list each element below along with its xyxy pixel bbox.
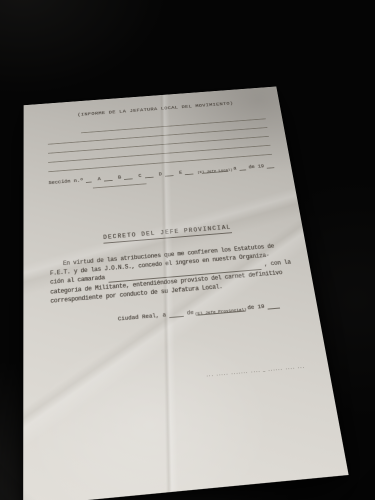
year-label: de 19 [248,163,264,170]
blank-field [267,164,275,169]
blank-field [93,182,147,188]
blank-field [165,172,174,177]
signature-blank: (El Jefe Provincial) [197,307,245,316]
date-row: Ciudad Real, a de (El Jefe Provincial) d… [118,300,299,323]
city-label: Ciudad Real, a [118,311,167,322]
photo-background: (INFORME DE LA JEFATURA LOCAL DEL MOVIMI… [0,0,375,500]
blank-field [104,177,113,182]
blank-field [169,312,184,318]
blank-field [267,303,280,309]
jefe-provincial-caption: (El Jefe Provincial) [195,308,247,317]
section-label: Sección n.º [48,177,83,186]
blank-field [239,166,246,171]
de-label: de [186,309,194,317]
blank-field [86,178,92,183]
section-letter: D [158,171,162,177]
ruled-lines [48,111,272,173]
date-a-label: a [233,165,237,171]
blank-field [144,173,153,178]
section-letter: A [97,176,100,182]
year-label: de 19 [247,303,265,312]
blank-field [124,175,133,180]
document-content: (INFORME DE LA JEFATURA LOCAL DEL MOVIMI… [23,86,348,500]
blank-field [185,170,194,175]
section-letter: B [118,174,122,180]
printer-imprint: ··· ····· ······· ···· — ······ ···· ··· [52,366,306,393]
document-paper: (INFORME DE LA JEFATURA LOCAL DEL MOVIMI… [23,86,348,500]
jefe-local-caption: (El Jefe Local) [197,168,233,174]
decree-body: En virtud de las atribuciones que me con… [50,241,295,306]
signature-blank: (El Jefe Local) [202,167,228,173]
section-letter: C [138,173,142,179]
decree-title: DECRETO DEL JEFE PROVINCIAL [103,224,232,243]
section-letter: E [179,169,183,175]
